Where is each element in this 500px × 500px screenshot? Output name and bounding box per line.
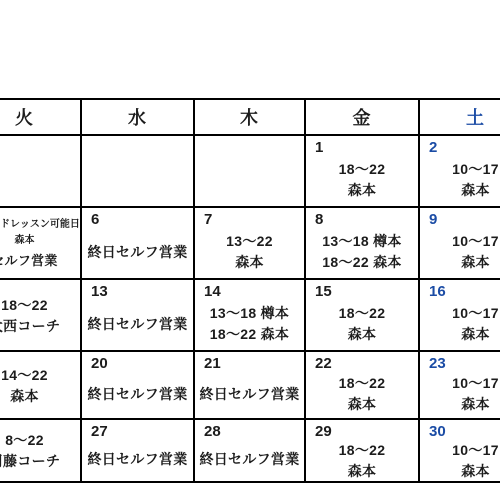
date-number: 27 — [82, 423, 193, 440]
weekday-label: 火 — [15, 104, 34, 130]
day-cell: 20終日セルフ営業 — [82, 352, 195, 420]
schedule-line: 森本 — [195, 252, 304, 273]
schedule-lines — [82, 139, 193, 204]
day-cell: 6終日セルフ営業 — [82, 208, 195, 280]
date-number: 30 — [420, 423, 500, 440]
day-cell: ドレッスン可能日森本セルフ営業 — [0, 208, 82, 280]
schedule-lines: 18〜22森本 — [306, 300, 418, 348]
day-cell: 28終日セルフ営業 — [195, 420, 306, 483]
schedule-lines: 8〜22周藤コーチ — [0, 423, 80, 479]
day-cell: 713〜22森本 — [195, 208, 306, 280]
schedule-lines: 終日セルフ営業 — [82, 372, 193, 416]
schedule-lines: 終日セルフ営業 — [195, 440, 304, 479]
schedule-lines: 終日セルフ営業 — [195, 372, 304, 416]
schedule-lines — [0, 139, 80, 204]
weekday-label: 水 — [128, 104, 147, 130]
schedule-line: 終日セルフ営業 — [82, 449, 193, 470]
schedule-line: 終日セルフ営業 — [82, 314, 193, 335]
schedule-lines: ドレッスン可能日森本セルフ営業 — [0, 211, 80, 276]
date-number: 20 — [82, 355, 193, 372]
day-cell: 3010〜17森本 — [420, 420, 500, 483]
calendar-grid: 火水木金土118〜22森本210〜17森本ドレッスン可能日森本セルフ営業6終日セ… — [0, 100, 500, 483]
schedule-line: 10〜17 — [420, 303, 500, 324]
day-cell — [82, 136, 195, 208]
date-number: 28 — [195, 423, 304, 440]
schedule-lines: 18〜22森本 — [306, 156, 418, 204]
schedule-line: 13〜18 樽本 — [306, 231, 418, 252]
schedule-line: 森本 — [306, 461, 418, 482]
date-number: 13 — [82, 283, 193, 300]
day-cell: 2218〜22森本 — [306, 352, 420, 420]
day-cell: 2918〜22森本 — [306, 420, 420, 483]
schedule-lines: 18〜22森本 — [306, 372, 418, 416]
schedule-line: 14〜22 — [0, 365, 80, 386]
schedule-lines: 13〜18 樽本18〜22 森本 — [306, 228, 418, 276]
date-number: 15 — [306, 283, 418, 300]
day-cell: 210〜17森本 — [420, 136, 500, 208]
day-cell: 18〜22大西コーチ — [0, 280, 82, 352]
date-number: 29 — [306, 423, 418, 440]
schedule-line: 森本 — [0, 386, 80, 407]
weekday-header-3: 金 — [306, 100, 420, 136]
day-cell: 118〜22森本 — [306, 136, 420, 208]
schedule-lines: 終日セルフ営業 — [82, 300, 193, 348]
day-cell: 2310〜17森本 — [420, 352, 500, 420]
date-number: 14 — [195, 283, 304, 300]
schedule-lines: 10〜17森本 — [420, 440, 500, 482]
schedule-line: ドレッスン可能日 — [0, 217, 80, 233]
date-number: 23 — [420, 355, 500, 372]
day-cell — [195, 136, 306, 208]
schedule-line: 8〜22 — [0, 430, 80, 451]
schedule-line: セルフ営業 — [0, 251, 80, 270]
date-number: 9 — [420, 211, 500, 228]
schedule-line: 森本 — [420, 394, 500, 415]
schedule-line: 森本 — [306, 394, 418, 415]
monthly-schedule-calendar: 火水木金土118〜22森本210〜17森本ドレッスン可能日森本セルフ営業6終日セ… — [0, 98, 500, 483]
schedule-lines: 14〜22森本 — [0, 355, 80, 416]
day-cell: 910〜17森本 — [420, 208, 500, 280]
schedule-line: 18〜22 — [0, 295, 80, 316]
day-cell: 8〜22周藤コーチ — [0, 420, 82, 483]
schedule-line: 森本 — [306, 180, 418, 201]
day-cell: 13終日セルフ営業 — [82, 280, 195, 352]
schedule-line: 大西コーチ — [0, 316, 80, 337]
date-number: 8 — [306, 211, 418, 228]
schedule-line: 18〜22 — [306, 440, 418, 461]
date-number: 22 — [306, 355, 418, 372]
schedule-line: 森本 — [0, 233, 80, 249]
schedule-line: 18〜22 森本 — [195, 324, 304, 345]
date-number: 6 — [82, 211, 193, 228]
weekday-header-0: 火 — [0, 100, 82, 136]
schedule-line: 森本 — [306, 324, 418, 345]
schedule-line: 森本 — [420, 180, 500, 201]
schedule-lines: 終日セルフ営業 — [82, 228, 193, 276]
schedule-lines: 10〜17森本 — [420, 372, 500, 416]
schedule-line: 13〜22 — [195, 231, 304, 252]
schedule-line: 終日セルフ営業 — [82, 242, 193, 263]
date-number: 1 — [306, 139, 418, 156]
schedule-lines: 終日セルフ営業 — [82, 440, 193, 479]
schedule-line: 13〜18 樽本 — [195, 303, 304, 324]
schedule-line: 10〜17 — [420, 231, 500, 252]
date-number: 16 — [420, 283, 500, 300]
schedule-line: 18〜22 — [306, 303, 418, 324]
weekday-header-4: 土 — [420, 100, 500, 136]
schedule-line: 10〜17 — [420, 159, 500, 180]
day-cell: 14〜22森本 — [0, 352, 82, 420]
schedule-line: 10〜17 — [420, 440, 500, 461]
schedule-line: 終日セルフ営業 — [195, 384, 304, 405]
schedule-line: 18〜22 — [306, 373, 418, 394]
date-number: 7 — [195, 211, 304, 228]
day-cell: 21終日セルフ営業 — [195, 352, 306, 420]
day-cell: 27終日セルフ営業 — [82, 420, 195, 483]
date-number: 2 — [420, 139, 500, 156]
schedule-lines: 10〜17森本 — [420, 228, 500, 276]
date-number: 21 — [195, 355, 304, 372]
weekday-header-1: 水 — [82, 100, 195, 136]
day-cell: 1518〜22森本 — [306, 280, 420, 352]
schedule-line: 森本 — [420, 252, 500, 273]
schedule-line: 周藤コーチ — [0, 451, 80, 472]
weekday-label: 木 — [240, 104, 259, 130]
schedule-line: 終日セルフ営業 — [195, 449, 304, 470]
schedule-lines — [195, 139, 304, 204]
weekday-header-2: 木 — [195, 100, 306, 136]
schedule-line: 10〜17 — [420, 373, 500, 394]
schedule-line: 終日セルフ営業 — [82, 384, 193, 405]
schedule-lines: 10〜17森本 — [420, 300, 500, 348]
schedule-lines: 18〜22森本 — [306, 440, 418, 482]
schedule-lines: 10〜17森本 — [420, 156, 500, 204]
schedule-line: 森本 — [420, 461, 500, 482]
schedule-line: 18〜22 — [306, 159, 418, 180]
schedule-lines: 13〜18 樽本18〜22 森本 — [195, 300, 304, 348]
day-cell: 813〜18 樽本18〜22 森本 — [306, 208, 420, 280]
schedule-lines: 13〜22森本 — [195, 228, 304, 276]
day-cell — [0, 136, 82, 208]
day-cell: 1413〜18 樽本18〜22 森本 — [195, 280, 306, 352]
schedule-line: 18〜22 森本 — [306, 252, 418, 273]
weekday-label: 土 — [466, 104, 485, 130]
schedule-line: 森本 — [420, 324, 500, 345]
schedule-lines: 18〜22大西コーチ — [0, 283, 80, 348]
weekday-label: 金 — [353, 104, 372, 130]
day-cell: 1610〜17森本 — [420, 280, 500, 352]
